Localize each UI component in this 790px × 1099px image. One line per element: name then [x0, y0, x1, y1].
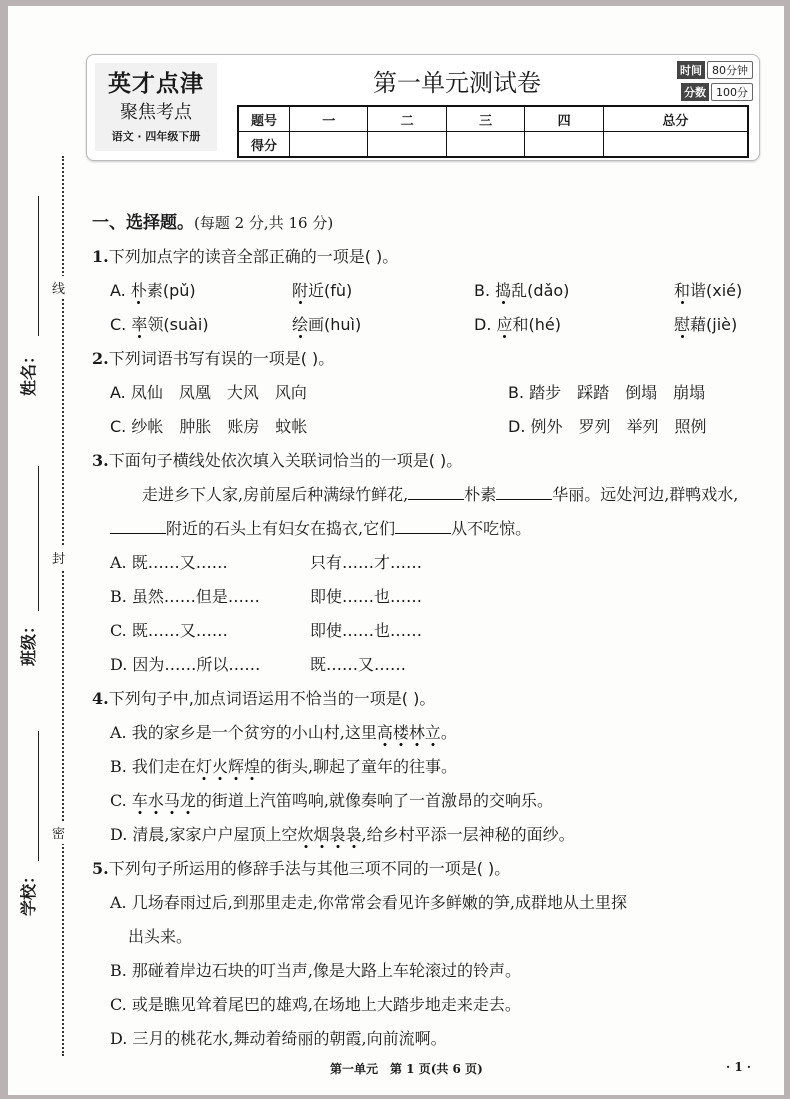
option-text: A. 我的家乡是一个贫穷的小山村,这里: [110, 723, 377, 742]
brand-title: 英才点津: [95, 65, 217, 98]
blank-2[interactable]: [496, 481, 552, 500]
dotted-char: 率: [131, 315, 147, 334]
q3-option-b[interactable]: B. 虽然……但是……即使……也……: [92, 580, 762, 614]
q2-option-b[interactable]: B. 踏步 踩踏 倒塌 崩塌: [508, 376, 705, 410]
q4-option-c[interactable]: C. 车水马龙的街道上汽笛鸣响,就像奏响了一首激昂的交响乐。: [92, 784, 762, 818]
school-label: 学校：: [16, 868, 39, 916]
option-text: ,给乡村平添一层神秘的面纱。: [362, 825, 575, 844]
score-table: 题号 一 二 三 四 总分 得分: [237, 105, 749, 158]
q4-option-b[interactable]: B. 我们走在灯火辉煌的街头,聊起了童年的往事。: [92, 750, 762, 784]
question-1: 1.下列加点字的读音全部正确的一项是( )。: [92, 240, 762, 274]
option-text: 只有……才……: [310, 546, 422, 580]
brand-grade: 语文 · 四年级下册: [95, 128, 217, 144]
blank-3[interactable]: [110, 515, 166, 534]
q1-options-row-1: A. 朴素(pǔ) 附近(fù) B. 捣乱(dǎo) 和谐(xié): [92, 274, 762, 308]
question-3: 3.下面句子横线处依次填入关联词恰当的一项是( )。: [92, 444, 762, 478]
passage-text: 华丽。远处河边,群鸭戏水,: [552, 485, 738, 504]
score-cell-3[interactable]: [446, 132, 524, 158]
brand-subtitle: 聚焦考点: [95, 98, 217, 124]
question-number: 5.: [92, 859, 109, 878]
option-text: 近(fù): [308, 281, 352, 300]
question-number: 3.: [92, 451, 109, 470]
seal-mark-line: 线: [52, 276, 65, 299]
name-label: 姓名：: [16, 348, 39, 396]
cell-question-no: 题号: [238, 106, 290, 132]
dotted-char: 和: [674, 281, 690, 300]
exam-title: 第一单元测试卷: [237, 63, 677, 98]
blank-4[interactable]: [395, 515, 451, 534]
cell-header-2: 二: [368, 106, 446, 132]
dotted-phrase: 高楼林立: [377, 723, 441, 747]
q5-option-c[interactable]: C. 或是瞧见耸着尾巴的雄鸡,在场地上大踏步地走来走去。: [92, 988, 762, 1022]
dotted-phrase: 车水马龙: [132, 791, 196, 815]
question-4: 4.下列句子中,加点词语运用不恰当的一项是( )。: [92, 682, 762, 716]
question-stem: 下列句子中,加点词语运用不恰当的一项是( )。: [109, 689, 436, 708]
question-stem: 下列句子所运用的修辞手法与其他三项不同的一项是( )。: [109, 859, 511, 878]
question-2: 2.下列词语书写有误的一项是( )。: [92, 342, 762, 376]
q3-option-d[interactable]: D. 因为……所以……既……又……: [92, 648, 762, 682]
question-5: 5.下列句子所运用的修辞手法与其他三项不同的一项是( )。: [92, 852, 762, 886]
q5-option-d[interactable]: D. 三月的桃花水,舞动着绮丽的朝霞,向前流啊。: [92, 1022, 762, 1056]
cell-score-label: 得分: [238, 132, 290, 158]
score-cell-4[interactable]: [525, 132, 603, 158]
dotted-char: 绘: [292, 315, 308, 334]
q1-option-c2[interactable]: 绘画(huì): [292, 308, 474, 342]
q5-option-a[interactable]: A. 几场春雨过后,到那里走走,你常常会看见许多鲜嫩的笋,成群地从土里探: [92, 886, 762, 920]
score-cell-total[interactable]: [603, 132, 748, 158]
section-title: 一、选择题。: [92, 213, 194, 233]
name-line[interactable]: [38, 196, 39, 336]
option-text: C.: [110, 791, 132, 810]
dotted-char: 慰: [674, 315, 690, 334]
binding-margin: 线 封 密 姓名： 班级： 学校：: [8, 6, 88, 1095]
q1-options-row-2: C. 率领(suài) 绘画(huì) D. 应和(hé) 慰藉(jiè): [92, 308, 762, 342]
option-text: 既……又……: [310, 648, 406, 682]
option-text: B. 我们走在: [110, 757, 196, 776]
dotted-phrase: 灯火辉煌: [196, 757, 260, 781]
seal-mark-secret: 密: [52, 821, 65, 844]
dotted-char: 捣: [495, 281, 511, 300]
question-stem: 下列加点字的读音全部正确的一项是( )。: [109, 247, 399, 266]
class-line[interactable]: [38, 466, 39, 611]
cell-header-1: 一: [290, 106, 368, 132]
q2-option-a[interactable]: A. 凤仙 凤凰 大风 风向: [110, 376, 508, 410]
dotted-char: 朴: [131, 281, 147, 300]
option-text: 画(huì): [308, 315, 361, 334]
q2-options-row-1: A. 凤仙 凤凰 大风 风向 B. 踏步 踩踏 倒塌 崩塌: [92, 376, 762, 410]
passage-text: 走进乡下人家,房前屋后种满绿竹鲜花,: [142, 485, 408, 504]
dotted-char: 应: [497, 315, 513, 334]
q5-option-a-cont[interactable]: 出头来。: [92, 920, 762, 954]
q1-option-b1[interactable]: B. 捣乱(dǎo): [474, 274, 674, 308]
cell-header-3: 三: [446, 106, 524, 132]
exam-header: 英才点津 聚焦考点 语文 · 四年级下册 第一单元测试卷 时间 80分钟 分数 …: [86, 54, 760, 161]
score-table-score-row: 得分: [238, 132, 748, 158]
time-info: 时间 80分钟: [677, 61, 753, 79]
score-info: 分数 100分: [681, 83, 753, 101]
class-label: 班级：: [16, 618, 39, 666]
score-cell-1[interactable]: [290, 132, 368, 158]
option-label: C.: [110, 315, 131, 334]
question-stem: 下列词语书写有误的一项是( )。: [109, 349, 335, 368]
option-text: 和(hé): [513, 315, 561, 334]
question-number: 2.: [92, 349, 109, 368]
section-note: (每题 2 分,共 16 分): [194, 214, 333, 232]
time-label: 时间: [677, 61, 705, 79]
option-text: 。: [441, 723, 457, 742]
time-value: 80分钟: [707, 61, 753, 79]
q3-option-c[interactable]: C. 既……又……即使……也……: [92, 614, 762, 648]
seal-mark-seal: 封: [52, 546, 65, 569]
score-cell-2[interactable]: [368, 132, 446, 158]
option-label: A.: [110, 281, 131, 300]
passage-text: 附近的石头上有妇女在捣衣,它们: [166, 519, 395, 538]
question-number: 4.: [92, 689, 109, 708]
footer-unit-page: 第一单元 第 1 页(共 6 页): [330, 1060, 483, 1077]
school-line[interactable]: [38, 731, 39, 861]
q4-option-a[interactable]: A. 我的家乡是一个贫穷的小山村,这里高楼林立。: [92, 716, 762, 750]
exam-page: 线 封 密 姓名： 班级： 学校： 英才点津 聚焦考点 语文 · 四年级下册 第…: [8, 6, 784, 1095]
option-text: 的街道上汽笛鸣响,就像奏响了一首激昂的交响乐。: [196, 791, 553, 810]
option-label: D.: [474, 315, 497, 334]
blank-1[interactable]: [408, 481, 464, 500]
q1-option-b2[interactable]: 和谐(xié): [674, 274, 742, 308]
option-text: 谐(xié): [690, 281, 742, 300]
option-text: 的街头,聊起了童年的往事。: [260, 757, 457, 776]
footer-page-number: · 1 ·: [726, 1060, 751, 1074]
q2-options-row-2: C. 纱帐 肿胀 账房 蚊帐 D. 例外 罗列 举列 照例: [92, 410, 762, 444]
cell-header-4: 四: [525, 106, 603, 132]
option-text: C. 既……又……: [110, 614, 310, 648]
brand-box: 英才点津 聚焦考点 语文 · 四年级下册: [95, 63, 217, 151]
q1-option-a1[interactable]: A. 朴素(pǔ): [110, 274, 292, 308]
q4-option-d[interactable]: D. 清晨,家家户户屋顶上空炊烟袅袅,给乡村平添一层神秘的面纱。: [92, 818, 762, 852]
score-label: 分数: [681, 83, 709, 101]
exam-content: 一、选择题。(每题 2 分,共 16 分) 1.下列加点字的读音全部正确的一项是…: [92, 206, 762, 1056]
section-heading: 一、选择题。(每题 2 分,共 16 分): [92, 206, 762, 240]
q3-option-a[interactable]: A. 既……又……只有……才……: [92, 546, 762, 580]
option-text: 即使……也……: [310, 580, 422, 614]
option-label: B.: [474, 281, 495, 300]
option-text: A. 既……又……: [110, 546, 310, 580]
option-text: 藉(jiè): [690, 315, 737, 334]
score-value: 100分: [711, 83, 753, 101]
q1-option-a2[interactable]: 附近(fù): [292, 274, 474, 308]
dotted-phrase: 炊烟袅袅: [298, 825, 362, 849]
q1-option-c1[interactable]: C. 率领(suài): [110, 308, 292, 342]
q2-option-d[interactable]: D. 例外 罗列 举列 照例: [508, 410, 707, 444]
option-text: 领(suài): [147, 315, 208, 334]
passage-text: 从不吃惊。: [451, 519, 531, 538]
option-text: B. 虽然……但是……: [110, 580, 310, 614]
dotted-char: 附: [292, 281, 308, 300]
question-stem: 下面句子横线处依次填入关联词恰当的一项是( )。: [109, 451, 463, 470]
option-text: D. 因为……所以……: [110, 648, 310, 682]
cell-header-total: 总分: [603, 106, 748, 132]
question-number: 1.: [92, 247, 109, 266]
option-text: 即使……也……: [310, 614, 422, 648]
score-table-header-row: 题号 一 二 三 四 总分: [238, 106, 748, 132]
q1-option-d2[interactable]: 慰藉(jiè): [674, 308, 737, 342]
q2-option-c[interactable]: C. 纱帐 肿胀 账房 蚊帐: [110, 410, 508, 444]
option-text: 乱(dǎo): [511, 281, 569, 300]
option-text: D. 清晨,家家户户屋顶上空: [110, 825, 298, 844]
q5-option-b[interactable]: B. 那碰着岸边石块的叮当声,像是大路上车轮滚过的铃声。: [92, 954, 762, 988]
q3-passage: 走进乡下人家,房前屋后种满绿竹鲜花,朴素华丽。远处河边,群鸭戏水,附近的石头上有…: [92, 478, 762, 546]
q1-option-d1[interactable]: D. 应和(hé): [474, 308, 674, 342]
option-text: 素(pǔ): [147, 281, 196, 300]
passage-text: 朴素: [464, 485, 496, 504]
